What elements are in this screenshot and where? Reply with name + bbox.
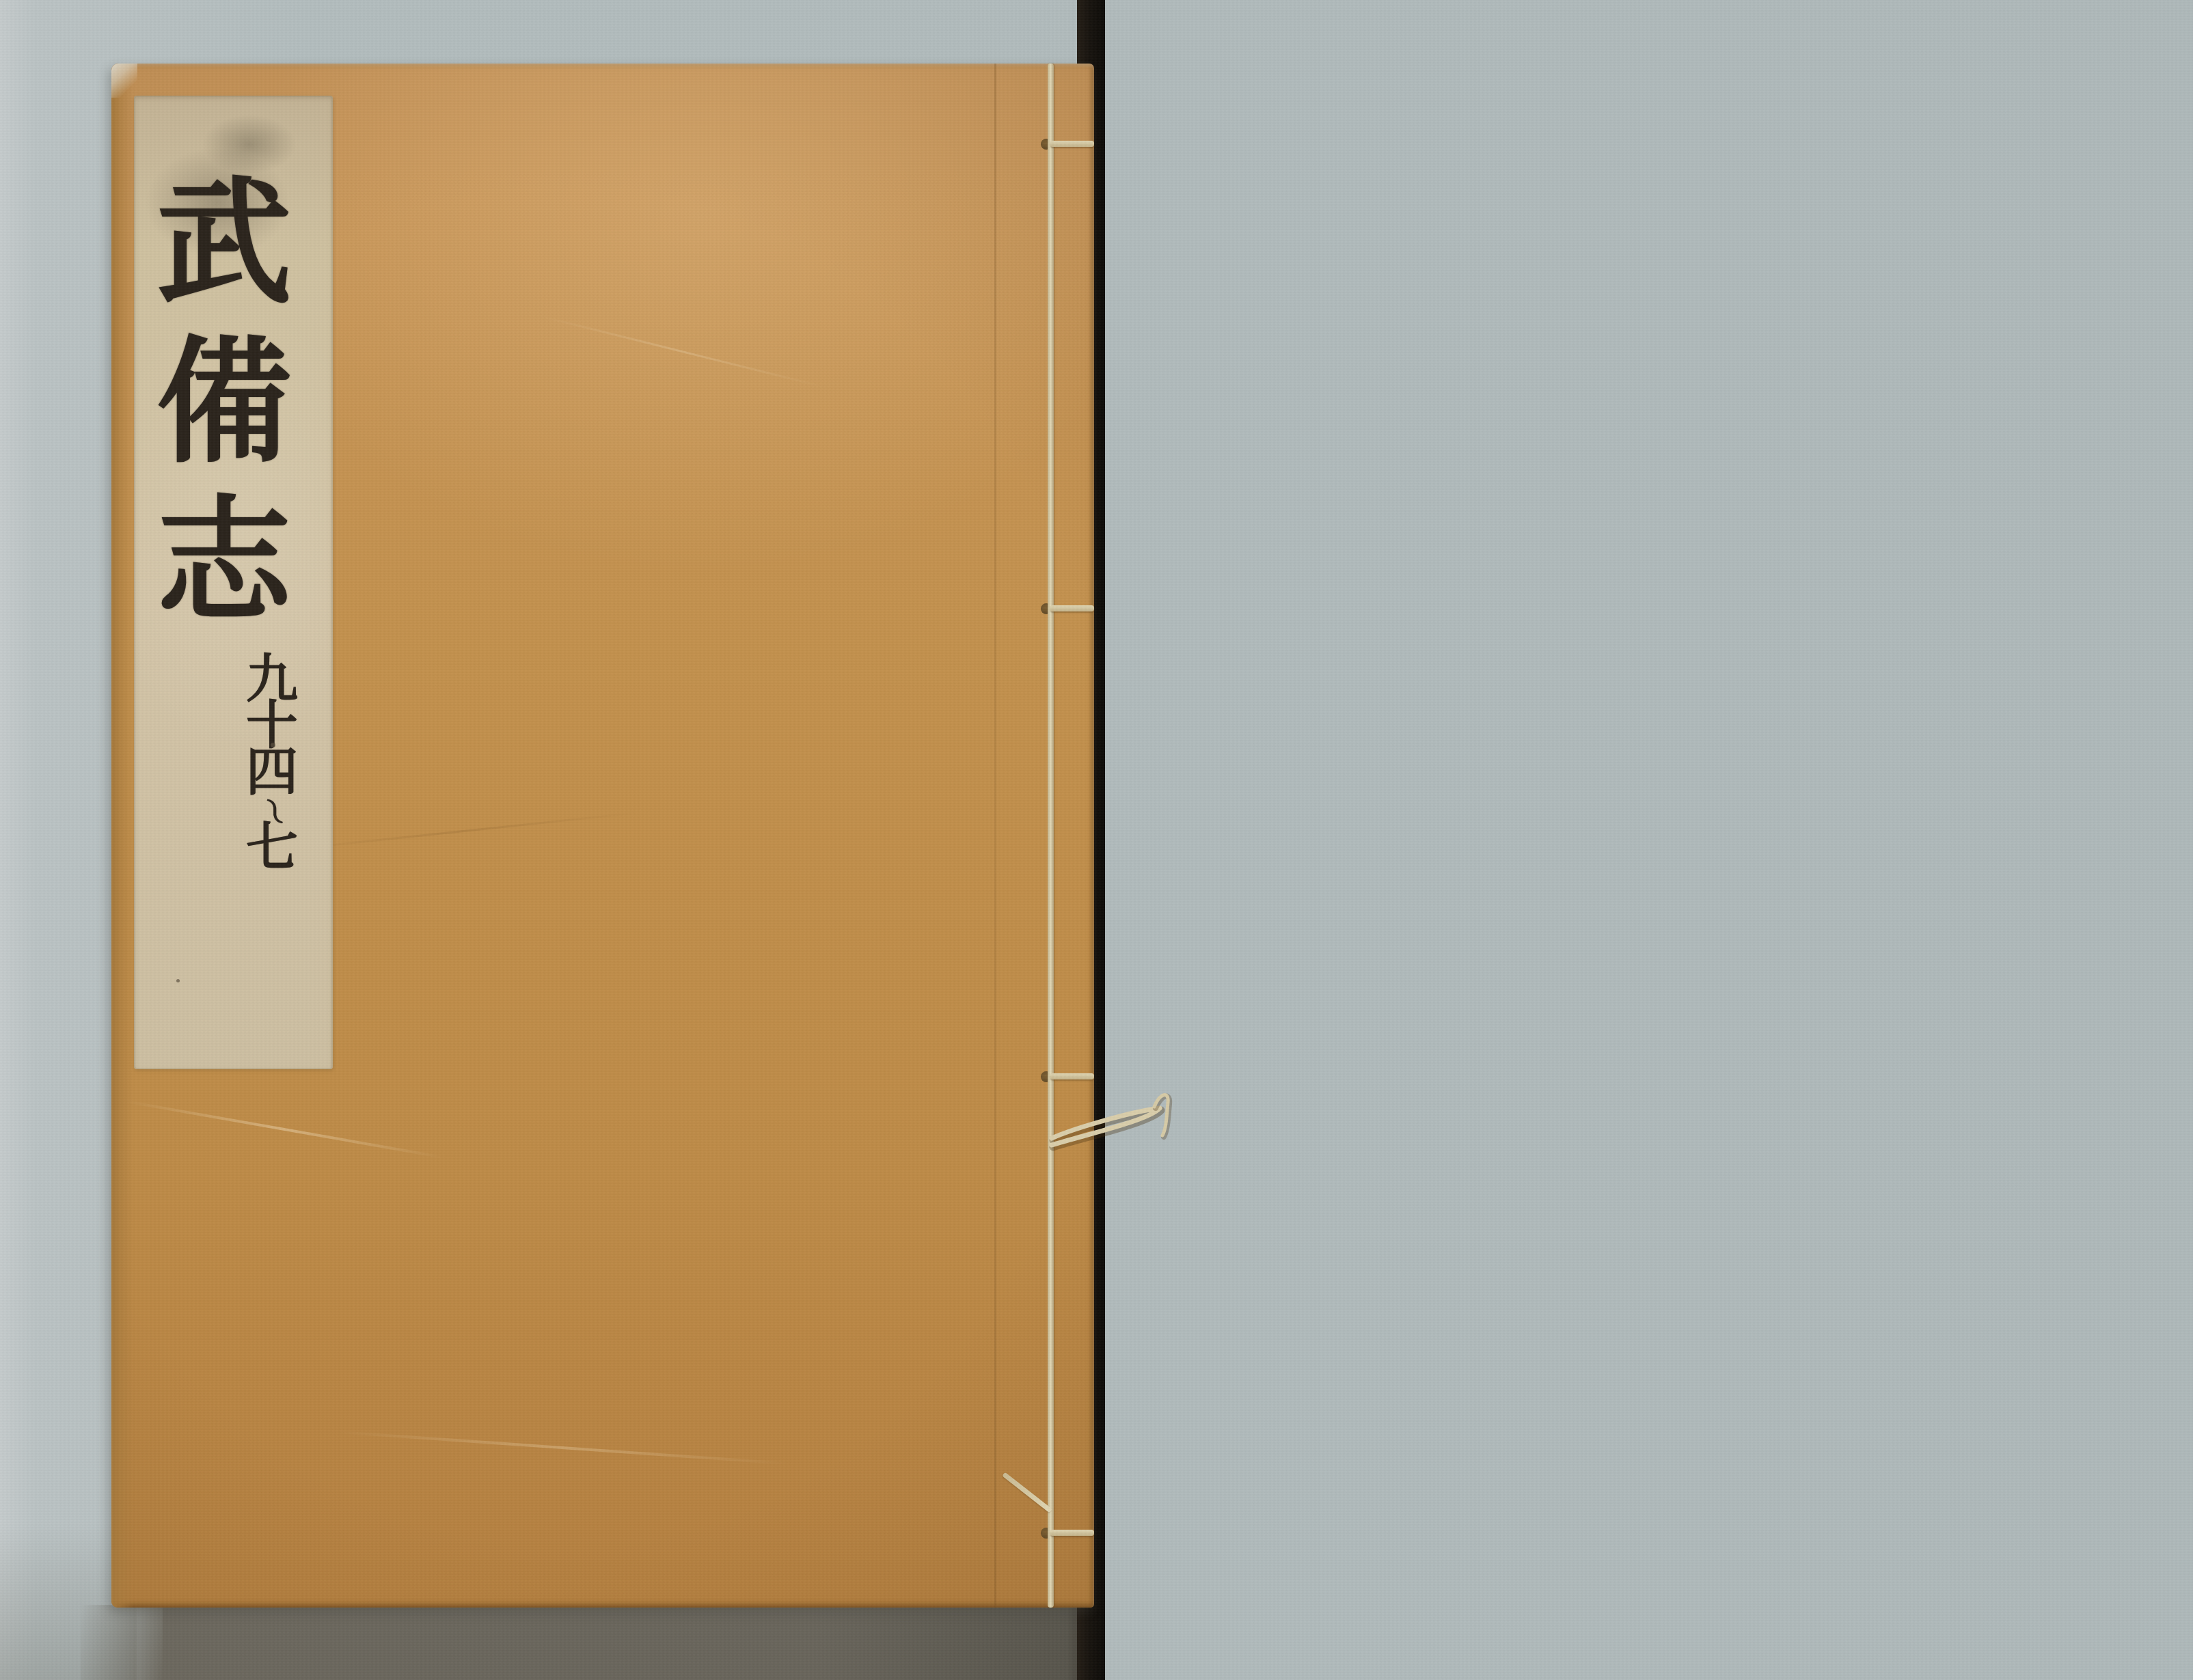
title-label: 武 備 志 九 十 四 〜 七 <box>134 96 333 1069</box>
paper-speck <box>176 979 180 982</box>
book-cast-shadow-left <box>81 1605 163 1680</box>
cover-crease <box>286 812 640 851</box>
cover-crease <box>338 1431 788 1465</box>
worn-corner <box>111 64 137 98</box>
cover-fore-edge <box>111 64 133 1608</box>
cover-crease <box>126 1100 443 1159</box>
spine-fold-crease <box>994 64 996 1608</box>
binding-thread-vertical <box>1048 64 1054 1608</box>
binding-stitch <box>1050 141 1094 147</box>
photo-scene: 武 備 志 九 十 四 〜 七 <box>0 0 2193 1680</box>
book-title-vertical: 武 備 志 <box>150 163 298 640</box>
title-char: 備 <box>150 322 298 481</box>
paper-speck <box>271 743 275 747</box>
title-char: 武 <box>150 163 298 322</box>
thread-tail <box>1002 1472 1052 1513</box>
loose-thread-loop <box>1046 1051 1251 1167</box>
volume-label-vertical: 九 十 四 〜 七 <box>234 656 310 870</box>
binding-stitch <box>1050 605 1094 611</box>
title-char: 志 <box>150 481 298 640</box>
book-front-cover: 武 備 志 九 十 四 〜 七 <box>111 64 1094 1608</box>
cover-crease <box>539 315 825 388</box>
binding-stitch <box>1050 1530 1094 1536</box>
book-cast-shadow <box>163 1605 1095 1680</box>
